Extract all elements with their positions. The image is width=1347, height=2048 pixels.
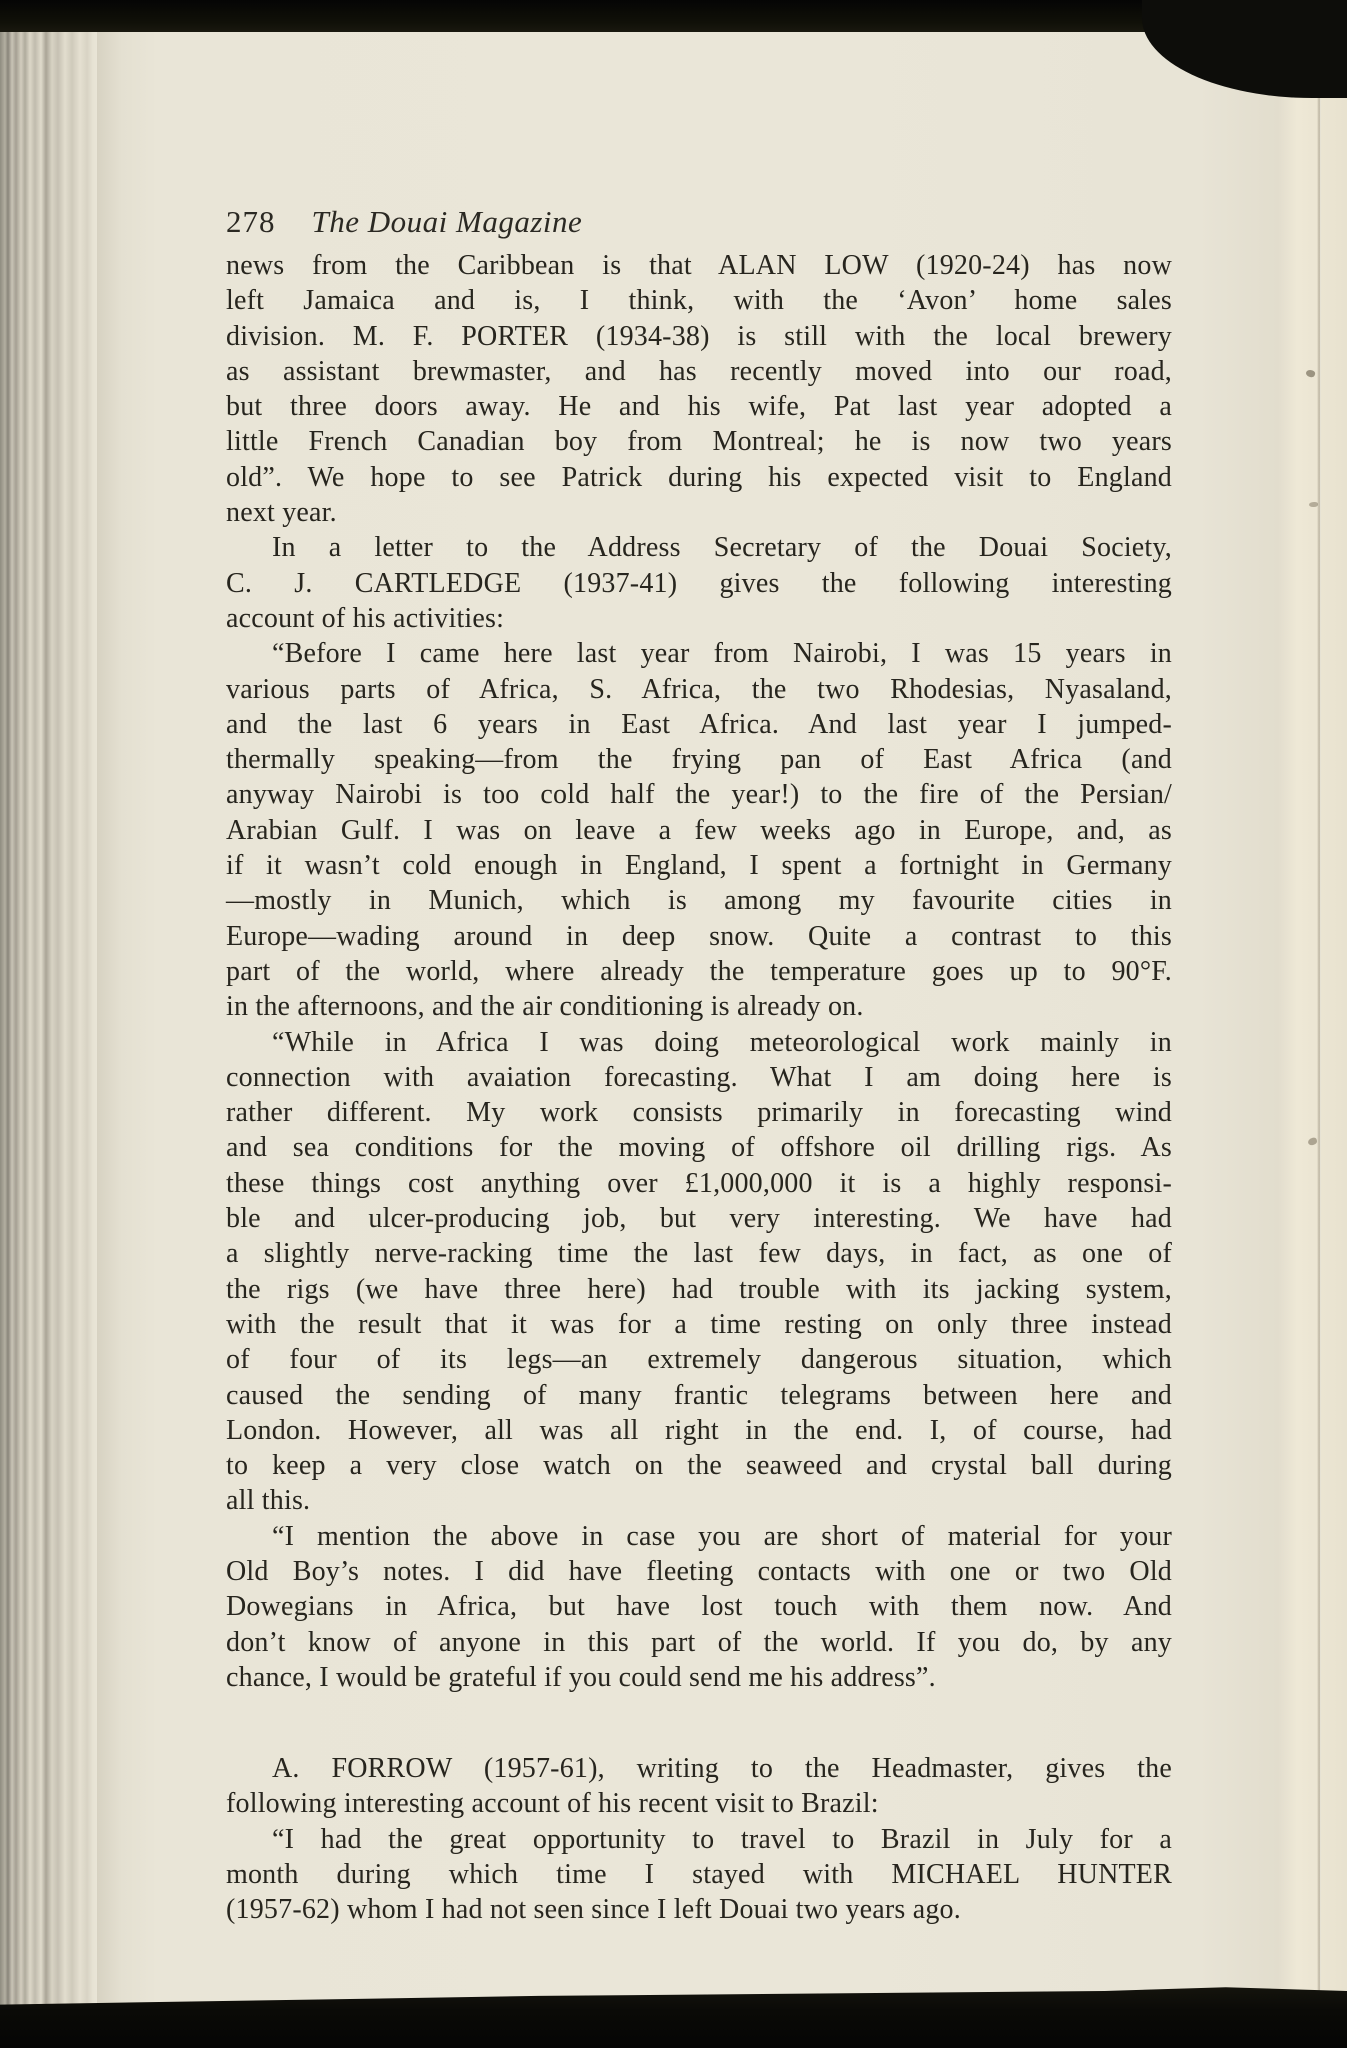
text-line: —mostly in Munich, which is among my fav… [226, 883, 1172, 918]
paragraph: A. FORROW (1957-61), writing to the Head… [226, 1751, 1172, 1822]
text-line: Arabian Gulf. I was on leave a few weeks… [226, 813, 1172, 848]
book-page: 278The Douai Magazine news from the Cari… [97, 30, 1347, 2004]
text-line: London. However, all was all right in th… [226, 1413, 1172, 1448]
text-line: Old Boy’s notes. I did have fleeting con… [226, 1554, 1172, 1589]
running-header: 278The Douai Magazine [226, 202, 1172, 242]
text-line: if it wasn’t cold enough in England, I s… [226, 848, 1172, 883]
text-line: division. M. F. PORTER (1934-38) is stil… [226, 319, 1172, 354]
text-line: these things cost anything over £1,000,0… [226, 1166, 1172, 1201]
text-line: Europe—wading around in deep snow. Quite… [226, 919, 1172, 954]
paragraph: In a letter to the Address Secretary of … [226, 530, 1172, 636]
scan-speck [1305, 369, 1316, 379]
text-line: to keep a very close watch on the seawee… [226, 1448, 1172, 1483]
text-line: all this. [226, 1483, 1172, 1518]
text-line: “I had the great opportunity to travel t… [226, 1822, 1172, 1857]
text-line: of four of its legs—an extremely dangero… [226, 1342, 1172, 1377]
text-line: don’t know of anyone in this part of the… [226, 1625, 1172, 1660]
text-line: “Before I came here last year from Nairo… [226, 636, 1172, 671]
page-content: 278The Douai Magazine news from the Cari… [226, 202, 1172, 1928]
text-line: news from the Caribbean is that ALAN LOW… [226, 248, 1172, 283]
fanned-page-edges [0, 30, 97, 2018]
text-line: part of the world, where already the tem… [226, 954, 1172, 989]
text-line: as assistant brewmaster, and has recentl… [226, 354, 1172, 389]
text-line: in the afternoons, and the air condition… [226, 989, 1172, 1024]
text-line: caused the sending of many frantic teleg… [226, 1378, 1172, 1413]
scan-speck [1309, 502, 1318, 507]
page-fore-edge-crease [1317, 85, 1321, 2004]
text-line: Dowegians in Africa, but have lost touch… [226, 1589, 1172, 1624]
text-line: “I mention the above in case you are sho… [226, 1519, 1172, 1554]
page-text: news from the Caribbean is that ALAN LOW… [226, 248, 1172, 1928]
text-line: next year. [226, 495, 1172, 530]
paragraph: “I had the great opportunity to travel t… [226, 1822, 1172, 1928]
text-line: (1957-62) whom I had not seen since I le… [226, 1892, 1172, 1927]
text-line: thermally speaking—from the frying pan o… [226, 742, 1172, 777]
running-title: The Douai Magazine [312, 204, 583, 239]
text-line: account of his activities: [226, 601, 1172, 636]
paragraph: “Before I came here last year from Nairo… [226, 636, 1172, 1024]
text-line: a slightly nerve-racking time the last f… [226, 1236, 1172, 1271]
text-line: left Jamaica and is, I think, with the ‘… [226, 283, 1172, 318]
text-line: with the result that it was for a time r… [226, 1307, 1172, 1342]
page-number: 278 [226, 204, 276, 239]
text-line: In a letter to the Address Secretary of … [226, 530, 1172, 565]
book-scan: 278The Douai Magazine news from the Cari… [0, 0, 1347, 2048]
text-line: connection with avaiation forecasting. W… [226, 1060, 1172, 1095]
text-line: following interesting account of his rec… [226, 1786, 1172, 1821]
text-line: little French Canadian boy from Montreal… [226, 424, 1172, 459]
text-line: the rigs (we have three here) had troubl… [226, 1272, 1172, 1307]
paragraph: news from the Caribbean is that ALAN LOW… [226, 248, 1172, 530]
text-line: and sea conditions for the moving of off… [226, 1130, 1172, 1165]
text-line: old”. We hope to see Patrick during his … [226, 460, 1172, 495]
text-line: chance, I would be grateful if you could… [226, 1660, 1172, 1695]
text-line: month during which time I stayed with MI… [226, 1857, 1172, 1892]
text-line: A. FORROW (1957-61), writing to the Head… [226, 1751, 1172, 1786]
paragraph: “I mention the above in case you are sho… [226, 1519, 1172, 1695]
text-line: ble and ulcer-producing job, but very in… [226, 1201, 1172, 1236]
text-line: “While in Africa I was doing meteorologi… [226, 1025, 1172, 1060]
text-line: C. J. CARTLEDGE (1937-41) gives the foll… [226, 566, 1172, 601]
text-line: and the last 6 years in East Africa. And… [226, 707, 1172, 742]
text-line: various parts of Africa, S. Africa, the … [226, 672, 1172, 707]
text-line: anyway Nairobi is too cold half the year… [226, 777, 1172, 812]
paragraph: “While in Africa I was doing meteorologi… [226, 1025, 1172, 1519]
text-line: rather different. My work consists prima… [226, 1095, 1172, 1130]
text-line: but three doors away. He and his wife, P… [226, 389, 1172, 424]
